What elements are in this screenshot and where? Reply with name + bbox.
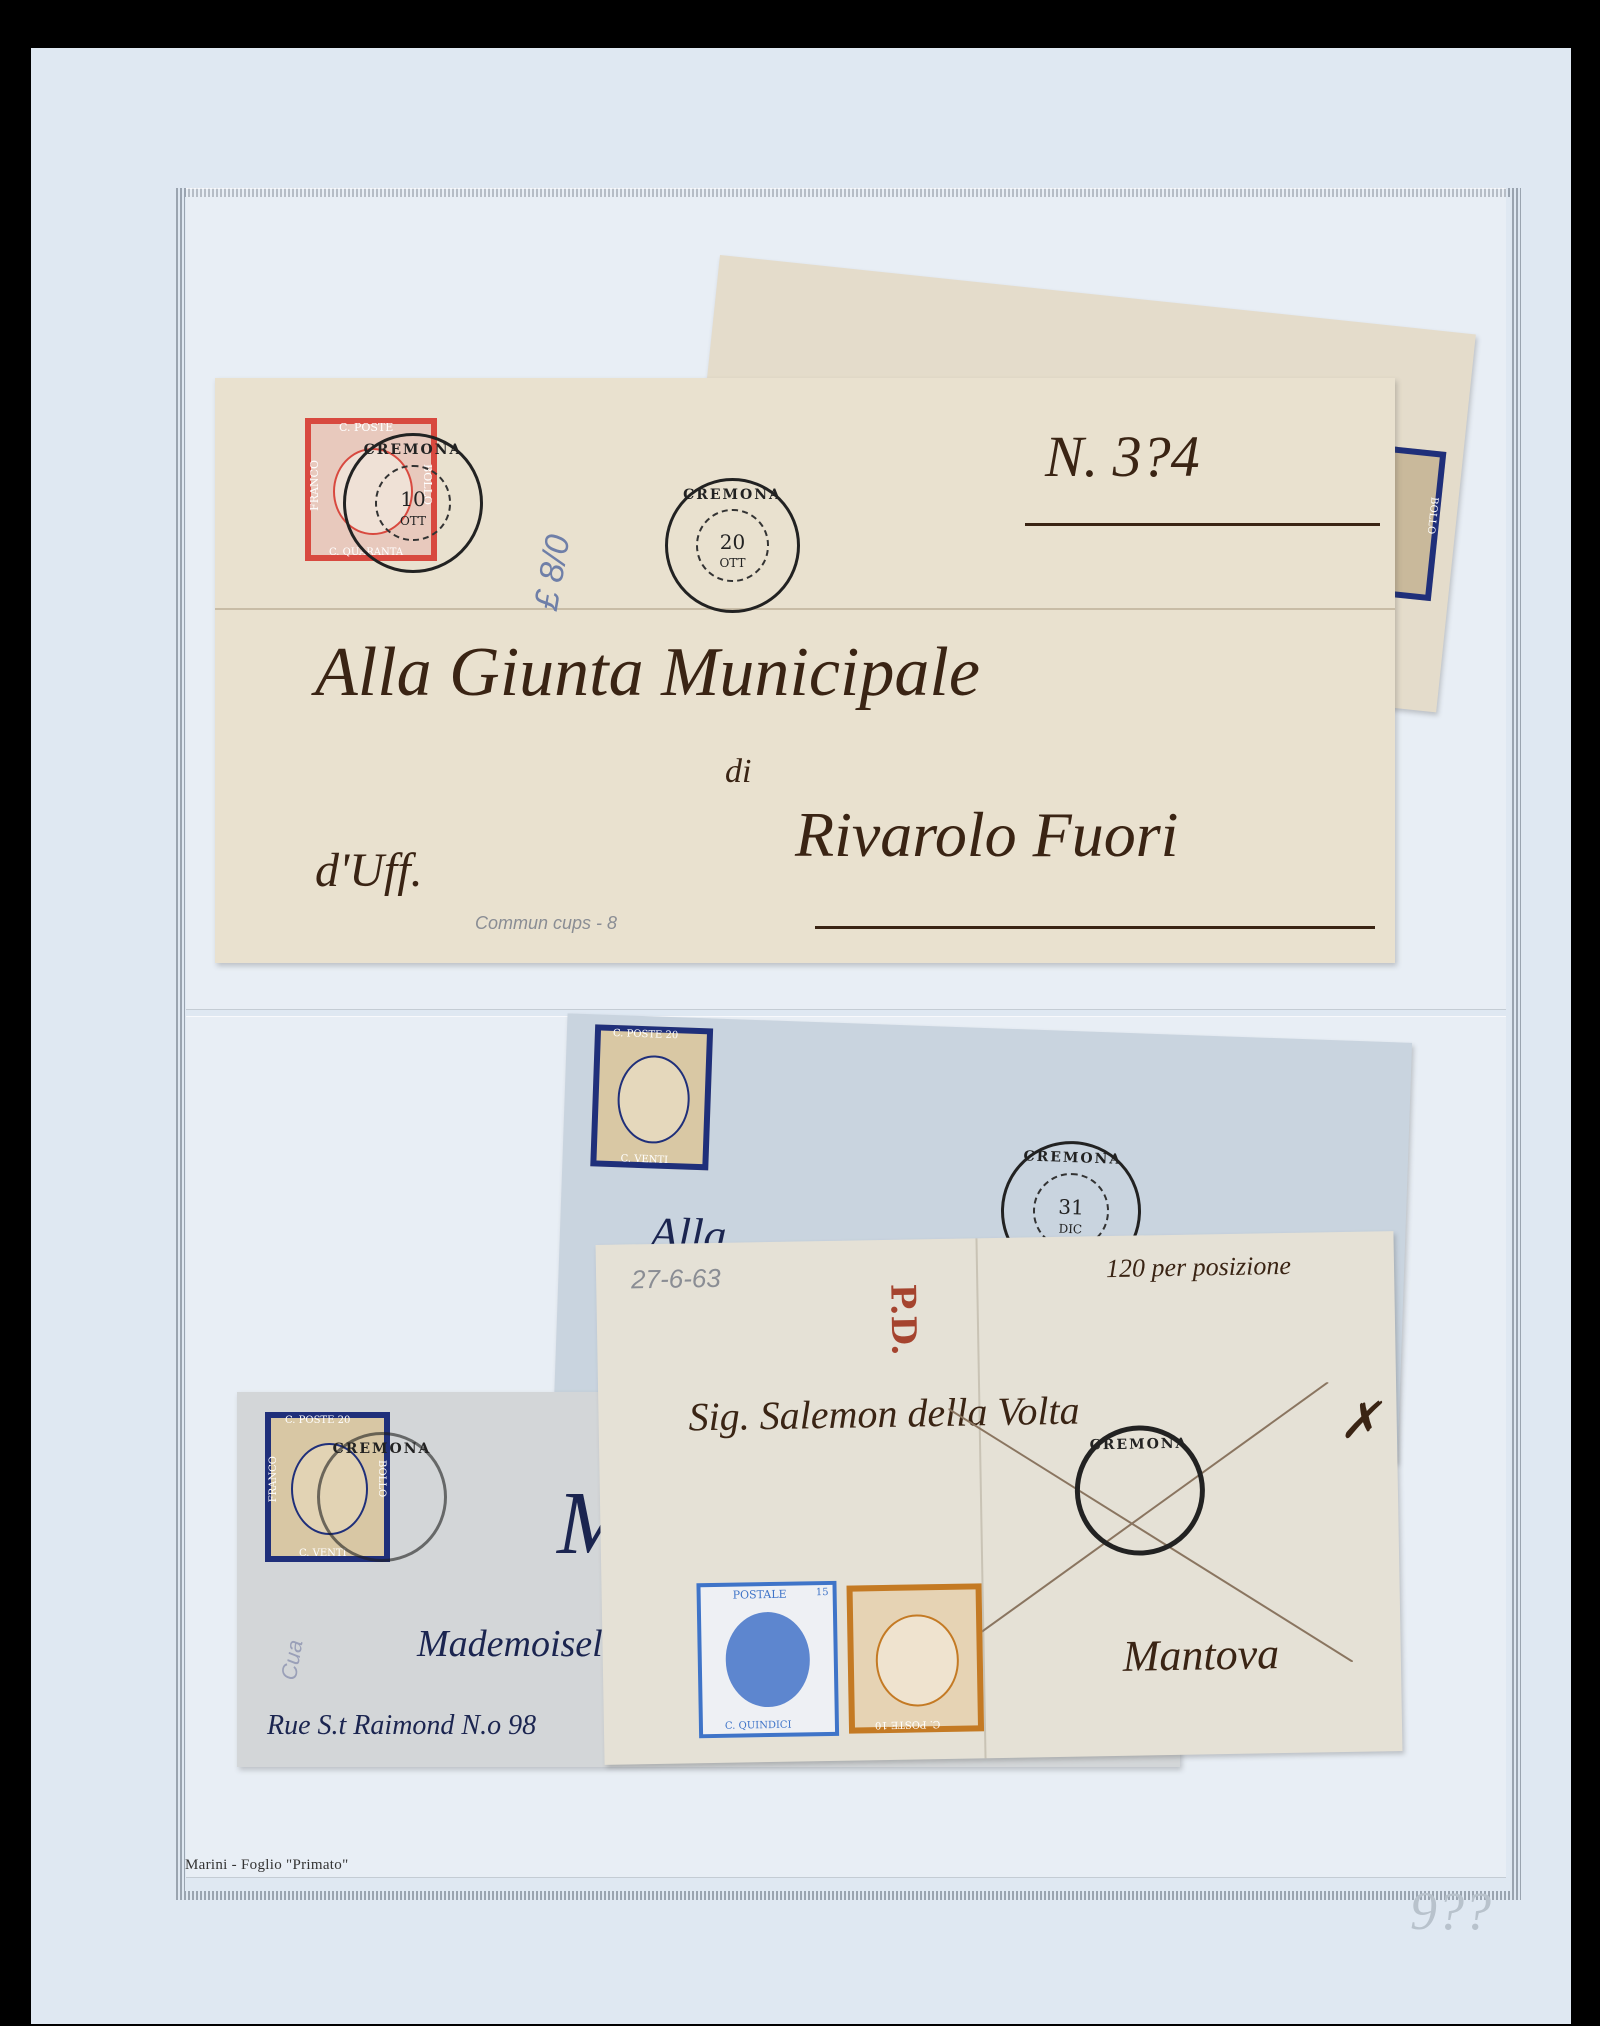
cross-mark: ✗ xyxy=(1338,1391,1381,1450)
stamp-dark-blue-20c-middle: C. POSTE 20 C. VENTI xyxy=(590,1024,713,1170)
address-line-2: Rue S.t Raimond N.o 98 xyxy=(267,1710,536,1742)
pencil-note: Commun cups - 8 xyxy=(475,913,617,934)
pencil-side-note: Cua xyxy=(276,1638,309,1682)
docket-underline xyxy=(1025,523,1380,526)
pencil-total: 9?? xyxy=(1410,1880,1491,1942)
note-top: 120 per posizione xyxy=(1106,1251,1291,1284)
album-caption: Marini - Foglio "Primato" xyxy=(185,1857,349,1874)
cover-front-top: C. POSTE C. QUARANTA FRANCO BOLLO CREMON… xyxy=(215,378,1395,963)
address-line-1: Alla Giunta Municipale xyxy=(315,633,980,713)
cover-cream-right: 27-6-63 P.D. 120 per posizione Sig. Sale… xyxy=(596,1231,1403,1765)
address-line-3: Rivarolo Fuori xyxy=(795,798,1178,872)
stamp-light-blue-15c: POSTALE C. QUINDICI 15 xyxy=(696,1581,839,1738)
address-line-2: di xyxy=(725,753,751,791)
address-line-1: Mademoiselle xyxy=(417,1622,630,1666)
fold-line xyxy=(215,608,1395,610)
postmark-cremona-10-ott: CREMONA 10 OTT xyxy=(343,433,483,573)
pencil-price: £ 8/0 xyxy=(527,532,579,613)
stamp-ochre-10c: C. POSTE 10 xyxy=(847,1583,985,1733)
official-mark: d'Uff. xyxy=(315,843,423,898)
address-underline xyxy=(815,926,1375,929)
red-pd-mark: P.D. xyxy=(882,1283,923,1356)
destination: Mantova xyxy=(1122,1628,1279,1682)
docket-number: N. 3?4 xyxy=(1045,423,1200,490)
postmark-cremona-20-ott: CREMONA 20 OTT xyxy=(665,478,800,613)
postmark-cremona-left: CREMONA xyxy=(317,1432,447,1562)
pencil-date: 27-6-63 xyxy=(631,1263,721,1296)
